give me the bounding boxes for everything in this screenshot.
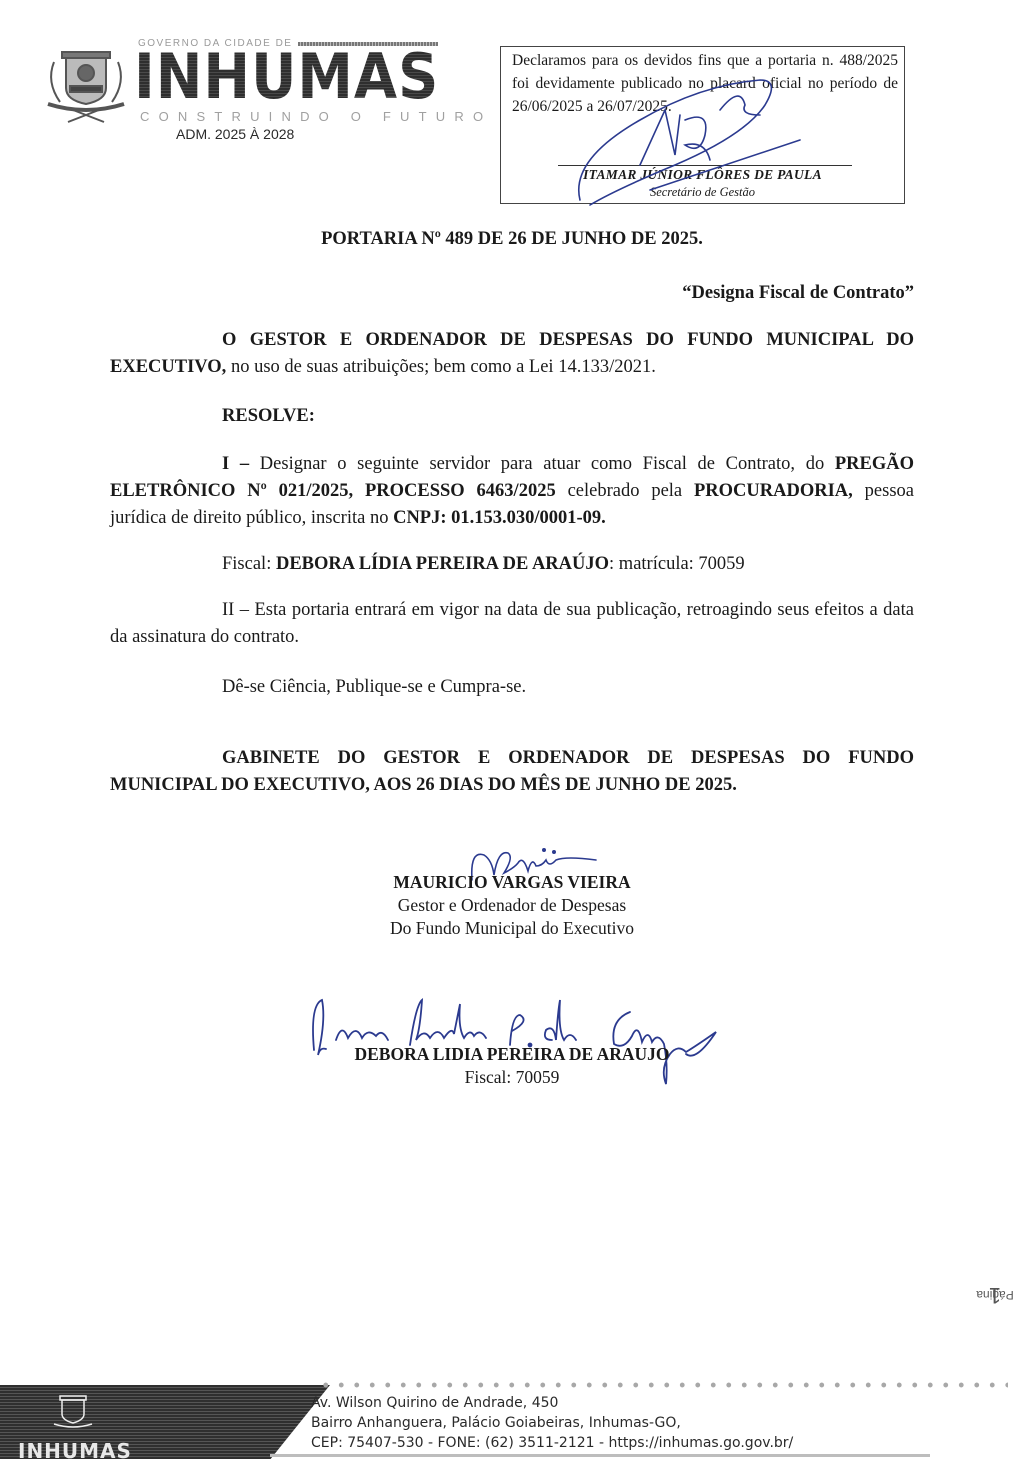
- footer-rule: [270, 1454, 930, 1457]
- preamble-paragraph: O GESTOR E ORDENADOR DE DESPESAS DO FUND…: [110, 327, 914, 381]
- coat-of-arms-icon: [40, 38, 132, 126]
- item-1-paragraph: I – Designar o seguinte servidor para at…: [110, 451, 914, 532]
- administration-period: ADM. 2025 À 2028: [176, 126, 294, 142]
- item-2-paragraph: II – Esta portaria entrará em vigor na d…: [110, 597, 914, 651]
- decorative-dot-row: [318, 1380, 1008, 1390]
- cnpj: CNPJ: 01.153.030/0001-09.: [393, 508, 606, 528]
- signature-block-fiscal: DEBORA LIDIA PEREIRA DE ARAUJO Fiscal: 7…: [0, 1043, 1024, 1089]
- item-1-text: Designar o seguinte servidor para atuar …: [249, 454, 835, 474]
- footer-coat-of-arms-icon: [50, 1390, 96, 1430]
- signatory-role: Fiscal: 70059: [0, 1066, 1024, 1089]
- footer-brand: INHUMAS: [18, 1439, 132, 1459]
- item-1-number: I –: [222, 454, 249, 474]
- item-1-text-2: celebrado pela: [556, 481, 694, 501]
- preamble-text: no uso de suas atribuições; bem como a L…: [226, 357, 656, 377]
- fiscal-line: Fiscal: DEBORA LÍDIA PEREIRA DE ARAÚJO: …: [110, 551, 914, 578]
- closing-formula: Dê-se Ciência, Publique-se e Cumpra-se.: [110, 674, 914, 701]
- signatory-name: DEBORA LIDIA PEREIRA DE ARAUJO: [0, 1043, 1024, 1066]
- signatory-name: MAURICIO VARGAS VIEIRA: [0, 871, 1024, 894]
- address-line-3[interactable]: CEP: 75407-530 - FONE: (62) 3511-2121 - …: [311, 1433, 793, 1453]
- handwritten-signature-icon: [570, 70, 810, 210]
- fiscal-registration: : matrícula: 70059: [609, 554, 745, 574]
- signatory-role-2: Do Fundo Municipal do Executivo: [0, 917, 1024, 940]
- address-line-1: Av. Wilson Quirino de Andrade, 450: [311, 1393, 793, 1413]
- fiscal-label: Fiscal:: [222, 554, 276, 574]
- page-marker: Página 1: [975, 1255, 1015, 1335]
- address-line-2: Bairro Anhanguera, Palácio Goiabeiras, I…: [311, 1413, 793, 1433]
- footer-address: Av. Wilson Quirino de Andrade, 450 Bairr…: [311, 1393, 793, 1453]
- resolve-heading: RESOLVE:: [110, 403, 914, 430]
- page-number: 1: [989, 1282, 1001, 1308]
- signature-block-manager: MAURICIO VARGAS VIEIRA Gestor e Ordenado…: [0, 871, 1024, 940]
- document-title: PORTARIA Nº 489 DE 26 DE JUNHO DE 2025.: [0, 229, 1024, 250]
- city-brand: INHUMAS: [134, 46, 439, 108]
- document-subtitle: “Designa Fiscal de Contrato”: [682, 283, 914, 304]
- fiscal-name: DEBORA LÍDIA PEREIRA DE ARAÚJO: [276, 554, 609, 574]
- contracting-body: PROCURADORIA,: [694, 481, 853, 501]
- signatory-role: Gestor e Ordenador de Despesas: [0, 894, 1024, 917]
- tagline: CONSTRUINDO O FUTURO: [140, 109, 492, 124]
- cabinet-statement: GABINETE DO GESTOR E ORDENADOR DE DESPES…: [110, 745, 914, 799]
